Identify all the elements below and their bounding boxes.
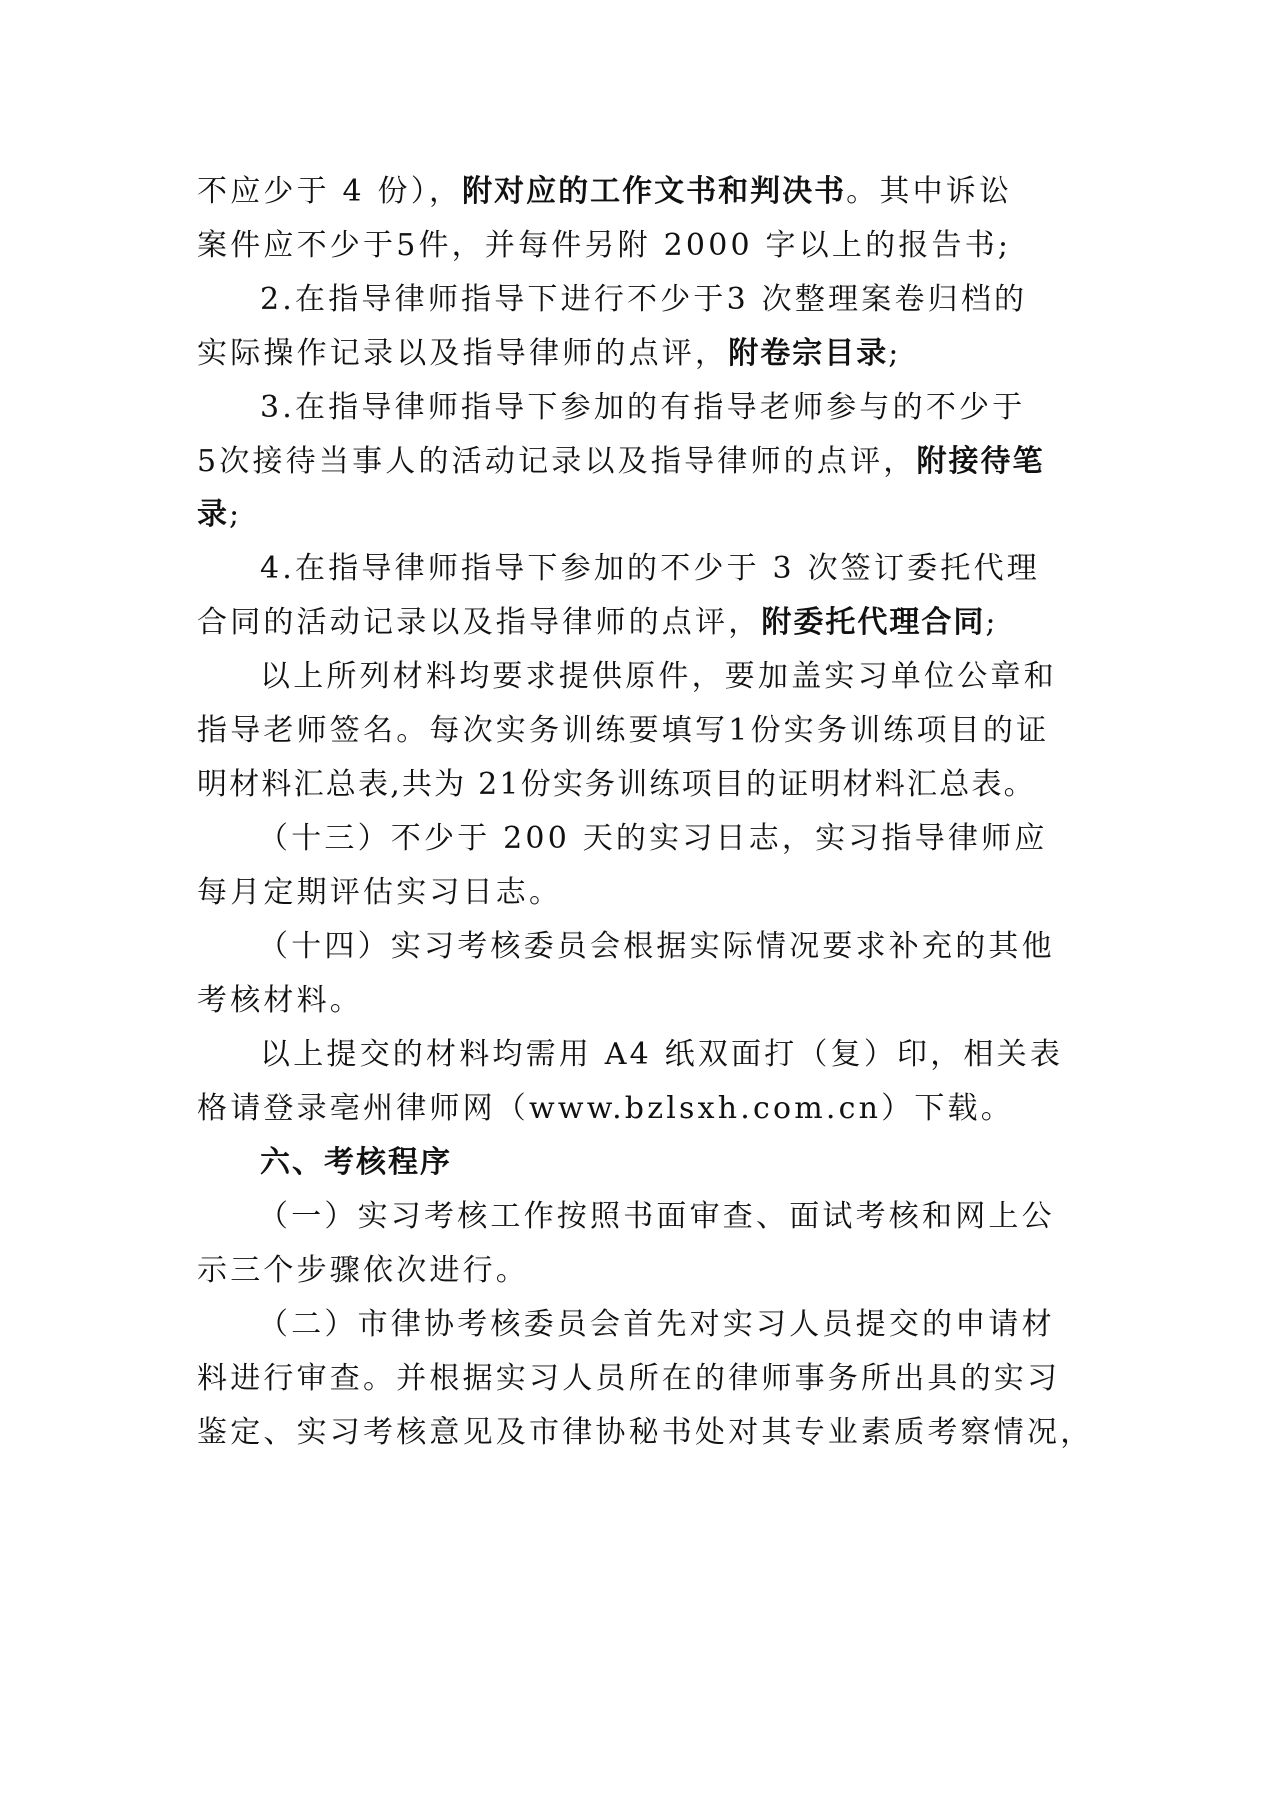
bold-requirement: 附卷宗目录 <box>728 336 888 371</box>
text-segment: ; <box>888 336 901 371</box>
procedure-item-2: （二）市律协考核委员会首先对实习人员提交的申请材 <box>258 1303 1158 1347</box>
paragraph-line: 实际操作记录以及指导律师的点评，附卷宗目录; <box>197 332 1097 376</box>
paragraph-line: 示三个步骤依次进行。 <box>197 1249 1097 1293</box>
text-segment: 5次接待当事人的活动记录以及指导律师的点评， <box>197 444 917 479</box>
text-segment: 不应少于 4 份）， <box>197 174 462 209</box>
paragraph-line: 5次接待当事人的活动记录以及指导律师的点评，附接待笔 <box>197 440 1097 484</box>
procedure-item-1: （一）实习考核工作按照书面审查、面试考核和网上公 <box>258 1195 1158 1239</box>
section-heading-6: 六、考核程序 <box>260 1141 1100 1185</box>
paragraph-line: 考核材料。 <box>197 979 1097 1023</box>
bold-requirement: 附接待笔 <box>917 444 1045 479</box>
download-info-line: 格请登录亳州律师网（www.bzlsxh.com.cn）下载。 <box>197 1087 1097 1131</box>
list-item-4: 4.在指导律师指导下参加的不少于 3 次签订委托代理 <box>260 547 1100 591</box>
bold-requirement: 附委托代理合同 <box>761 605 985 640</box>
list-item-3: 3.在指导律师指导下参加的有指导老师参与的不少于 <box>260 386 1100 430</box>
paragraph-line: 录; <box>197 493 1097 537</box>
paragraph-line: 指导老师签名。每次实务训练要填写1份实务训练项目的证 <box>197 709 1097 753</box>
bold-requirement: 录 <box>197 497 229 532</box>
section-item-13: （十三）不少于 200 天的实习日志，实习指导律师应 <box>258 817 1158 861</box>
bold-requirement: 附对应的工作文书和判决书 <box>462 174 846 209</box>
paragraph-line: 合同的活动记录以及指导律师的点评，附委托代理合同; <box>197 601 1097 645</box>
text-segment: ; <box>985 605 998 640</box>
paragraph-line: 每月定期评估实习日志。 <box>197 871 1097 915</box>
paragraph-line: 鉴定、实习考核意见及市律协秘书处对其专业素质考察情况， <box>197 1411 1097 1455</box>
paragraph-line: 不应少于 4 份），附对应的工作文书和判决书。其中诉讼 <box>197 170 1097 214</box>
document-page: 不应少于 4 份），附对应的工作文书和判决书。其中诉讼 案件应不少于5件，并每件… <box>0 0 1280 1810</box>
text-segment: 实际操作记录以及指导律师的点评， <box>197 336 728 371</box>
paragraph-line: 以上提交的材料均需用 A4 纸双面打（复）印，相关表 <box>260 1033 1100 1077</box>
text-segment: 合同的活动记录以及指导律师的点评， <box>197 605 761 640</box>
paragraph-line: 明材料汇总表,共为 21份实务训练项目的证明材料汇总表。 <box>197 763 1097 807</box>
text-segment: ; <box>229 497 242 532</box>
paragraph-line: 案件应不少于5件，并每件另附 2000 字以上的报告书; <box>197 224 1097 268</box>
paragraph-line: 料进行审查。并根据实习人员所在的律师事务所出具的实习 <box>197 1357 1097 1401</box>
paragraph-line: 以上所列材料均要求提供原件，要加盖实习单位公章和 <box>260 655 1100 699</box>
text-segment: 。其中诉讼 <box>846 174 1012 209</box>
list-item-2: 2.在指导律师指导下进行不少于3 次整理案卷归档的 <box>260 278 1100 322</box>
section-item-14: （十四）实习考核委员会根据实际情况要求补充的其他 <box>258 925 1158 969</box>
